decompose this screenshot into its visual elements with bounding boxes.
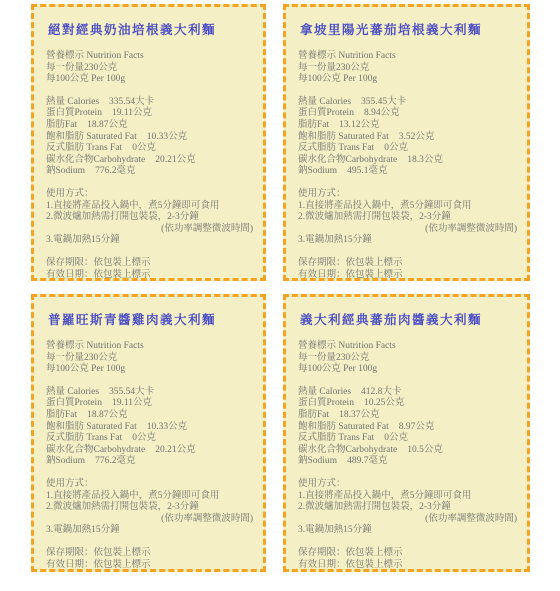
usage-step-3: 3.電鍋加熱15分鐘 — [46, 235, 253, 247]
usage-title: 使用方式： — [298, 189, 517, 201]
product-title: 拿坡里陽光蕃茄培根義大利麵 — [300, 20, 517, 38]
shelf-life: 保存期限：依包裝上標示 — [298, 548, 517, 560]
per-100g: 每100公克 Per 100g — [298, 74, 517, 86]
usage-note: (依功率調整微波時間) — [46, 514, 253, 526]
nutrition-row-saturated-fat: 飽和脂肪 Saturated Fat8.97公克 — [298, 422, 517, 434]
nutrition-table: 熱量 Calories412.8大卡 蛋白質Protein10.25公克 脂肪F… — [298, 387, 517, 468]
shelf-life: 保存期限：依包裝上標示 — [298, 258, 517, 270]
nutrient-value: 19.11公克 — [112, 398, 152, 408]
nutrient-value: 20.21公克 — [155, 155, 195, 165]
nutrient-label: 熱量 Calories — [46, 387, 99, 397]
nutrient-value: 10.33公克 — [147, 132, 187, 142]
usage-note: (依功率調整微波時間) — [46, 224, 253, 236]
product-card-pesto-chicken: 普羅旺斯青醬雞肉義大利麵 營養標示 Nutrition Facts 每一份量23… — [31, 294, 266, 572]
nutrient-value: 412.8大卡 — [361, 387, 401, 397]
nutrient-label: 飽和脂肪 Saturated Fat — [298, 132, 389, 142]
usage-step-2: 2.微波爐加熱需打開包裝袋，2-3分鐘 — [46, 212, 253, 224]
nutrition-row-saturated-fat: 飽和脂肪 Saturated Fat10.33公克 — [46, 422, 253, 434]
nutrient-value: 18.87公克 — [87, 410, 127, 420]
nutrition-table: 熱量 Calories355.45大卡 蛋白質Protein8.94公克 脂肪F… — [298, 97, 517, 178]
per-100g: 每100公克 Per 100g — [46, 74, 253, 86]
usage-title: 使用方式： — [46, 479, 253, 491]
nutrient-value: 0公克 — [384, 143, 408, 153]
serving-size: 每一份量230公克 — [298, 353, 517, 365]
nutrition-table: 熱量 Calories355.54大卡 蛋白質Protein19.11公克 脂肪… — [46, 387, 253, 468]
nutrition-row-sodium: 鈉Sodium776.2毫克 — [46, 456, 253, 468]
nutrient-value: 776.2毫克 — [95, 166, 135, 176]
product-title: 義大利經典蕃茄肉醬義大利麵 — [300, 310, 517, 328]
nutrient-value: 18.37公克 — [339, 410, 379, 420]
nutrient-label: 反式脂肪 Trans Fat — [298, 143, 374, 153]
product-title: 普羅旺斯青醬雞肉義大利麵 — [48, 310, 253, 328]
nutrient-label: 蛋白質Protein — [46, 108, 102, 118]
nutrition-row-trans-fat: 反式脂肪 Trans Fat0公克 — [298, 433, 517, 445]
nutrient-value: 489.7毫克 — [347, 456, 387, 466]
usage-step-1: 1.直接將產品投入鍋中，煮5分鐘即可食用 — [298, 491, 517, 503]
nutrition-row-fat: 脂肪Fat13.12公克 — [298, 120, 517, 132]
usage-note: (依功率調整微波時間) — [298, 514, 517, 526]
storage-section: 保存期限：依包裝上標示 有效日期：依包裝上標示 — [46, 258, 253, 281]
nutrient-value: 19.11公克 — [112, 108, 152, 118]
nutrition-row-trans-fat: 反式脂肪 Trans Fat0公克 — [46, 143, 253, 155]
nutrition-row-fat: 脂肪Fat18.37公克 — [298, 410, 517, 422]
usage-step-1: 1.直接將產品投入鍋中，煮5分鐘即可食用 — [46, 201, 253, 213]
usage-section: 使用方式： 1.直接將產品投入鍋中，煮5分鐘即可食用 2.微波爐加熱需打開包裝袋… — [298, 479, 517, 537]
nutrient-value: 0公克 — [132, 143, 156, 153]
nutrient-label: 脂肪Fat — [46, 410, 77, 420]
nutrient-value: 8.97公克 — [399, 422, 435, 432]
nutrition-row-calories: 熱量 Calories335.54大卡 — [46, 97, 253, 109]
nutrition-row-fat: 脂肪Fat18.87公克 — [46, 410, 253, 422]
nutrient-label: 熱量 Calories — [298, 387, 351, 397]
nutrient-label: 飽和脂肪 Saturated Fat — [46, 132, 137, 142]
serving-size: 每一份量230公克 — [46, 63, 253, 75]
nutrient-value: 10.33公克 — [147, 422, 187, 432]
nutrient-value: 18.87公克 — [87, 120, 127, 130]
nutrient-label: 蛋白質Protein — [298, 108, 354, 118]
product-card-tomato-meat-sauce: 義大利經典蕃茄肉醬義大利麵 營養標示 Nutrition Facts 每一份量2… — [283, 294, 530, 572]
nutrition-row-calories: 熱量 Calories412.8大卡 — [298, 387, 517, 399]
nutrient-label: 反式脂肪 Trans Fat — [46, 433, 122, 443]
nutrient-value: 18.3公克 — [407, 155, 443, 165]
nutrient-label: 脂肪Fat — [298, 120, 329, 130]
nutrient-label: 蛋白質Protein — [46, 398, 102, 408]
usage-title: 使用方式： — [298, 479, 517, 491]
usage-step-3: 3.電鍋加熱15分鐘 — [298, 525, 517, 537]
expiry-date: 有效日期：依包裝上標示 — [298, 270, 517, 282]
serving-size: 每一份量230公克 — [46, 353, 253, 365]
per-100g: 每100公克 Per 100g — [298, 364, 517, 376]
nutrient-value: 10.5公克 — [407, 445, 443, 455]
nutrition-row-protein: 蛋白質Protein10.25公克 — [298, 398, 517, 410]
usage-step-2: 2.微波爐加熱需打開包裝袋，2-3分鐘 — [298, 502, 517, 514]
nutrition-facts-label: 營養標示 Nutrition Facts — [298, 51, 517, 63]
nutrient-label: 碳水化合物Carbohydrate — [298, 155, 397, 165]
usage-step-2: 2.微波爐加熱需打開包裝袋，2-3分鐘 — [298, 212, 517, 224]
storage-section: 保存期限：依包裝上標示 有效日期：依包裝上標示 — [298, 548, 517, 571]
nutrient-label: 鈉Sodium — [46, 166, 85, 176]
nutrient-label: 反式脂肪 Trans Fat — [298, 433, 374, 443]
nutrition-facts-label: 營養標示 Nutrition Facts — [298, 341, 517, 353]
product-title: 絕對經典奶油培根義大利麵 — [48, 20, 253, 38]
nutrition-row-carbohydrate: 碳水化合物Carbohydrate20.21公克 — [46, 155, 253, 167]
usage-step-1: 1.直接將產品投入鍋中，煮5分鐘即可食用 — [46, 491, 253, 503]
nutrition-row-calories: 熱量 Calories355.54大卡 — [46, 387, 253, 399]
usage-step-1: 1.直接將產品投入鍋中，煮5分鐘即可食用 — [298, 201, 517, 213]
usage-note: (依功率調整微波時間) — [298, 224, 517, 236]
nutrition-header: 營養標示 Nutrition Facts 每一份量230公克 每100公克 Pe… — [298, 51, 517, 86]
nutrient-label: 鈉Sodium — [46, 456, 85, 466]
nutrient-label: 碳水化合物Carbohydrate — [298, 445, 397, 455]
nutrient-label: 蛋白質Protein — [298, 398, 354, 408]
nutrient-label: 脂肪Fat — [298, 410, 329, 420]
nutrient-value: 10.25公克 — [364, 398, 404, 408]
nutrition-row-calories: 熱量 Calories355.45大卡 — [298, 97, 517, 109]
nutrition-facts-label: 營養標示 Nutrition Facts — [46, 51, 253, 63]
nutrient-value: 495.1毫克 — [347, 166, 387, 176]
nutrition-header: 營養標示 Nutrition Facts 每一份量230公克 每100公克 Pe… — [46, 341, 253, 376]
nutrient-value: 355.54大卡 — [109, 387, 154, 397]
nutrient-value: 776.2毫克 — [95, 456, 135, 466]
serving-size: 每一份量230公克 — [298, 63, 517, 75]
nutrient-label: 熱量 Calories — [46, 97, 99, 107]
nutrient-value: 20.21公克 — [155, 445, 195, 455]
nutrition-row-trans-fat: 反式脂肪 Trans Fat0公克 — [298, 143, 517, 155]
nutrition-row-fat: 脂肪Fat18.87公克 — [46, 120, 253, 132]
nutrition-row-protein: 蛋白質Protein8.94公克 — [298, 108, 517, 120]
product-card-napoli-tomato-bacon: 拿坡里陽光蕃茄培根義大利麵 營養標示 Nutrition Facts 每一份量2… — [283, 4, 530, 281]
nutrient-value: 0公克 — [132, 433, 156, 443]
nutrient-label: 熱量 Calories — [298, 97, 351, 107]
nutrient-value: 355.45大卡 — [361, 97, 406, 107]
nutrition-row-saturated-fat: 飽和脂肪 Saturated Fat3.52公克 — [298, 132, 517, 144]
nutrient-label: 碳水化合物Carbohydrate — [46, 445, 145, 455]
nutrition-row-protein: 蛋白質Protein19.11公克 — [46, 108, 253, 120]
nutrient-label: 鈉Sodium — [298, 166, 337, 176]
usage-step-3: 3.電鍋加熱15分鐘 — [46, 525, 253, 537]
nutrient-label: 反式脂肪 Trans Fat — [46, 143, 122, 153]
nutrition-row-saturated-fat: 飽和脂肪 Saturated Fat10.33公克 — [46, 132, 253, 144]
expiry-date: 有效日期：依包裝上標示 — [46, 270, 253, 282]
nutrient-value: 0公克 — [384, 433, 408, 443]
expiry-date: 有效日期：依包裝上標示 — [298, 560, 517, 572]
nutrient-value: 3.52公克 — [399, 132, 435, 142]
usage-section: 使用方式： 1.直接將產品投入鍋中，煮5分鐘即可食用 2.微波爐加熱需打開包裝袋… — [298, 189, 517, 247]
nutrition-row-sodium: 鈉Sodium489.7毫克 — [298, 456, 517, 468]
nutrition-row-sodium: 鈉Sodium495.1毫克 — [298, 166, 517, 178]
usage-section: 使用方式： 1.直接將產品投入鍋中，煮5分鐘即可食用 2.微波爐加熱需打開包裝袋… — [46, 479, 253, 537]
nutrition-row-protein: 蛋白質Protein19.11公克 — [46, 398, 253, 410]
usage-section: 使用方式： 1.直接將產品投入鍋中，煮5分鐘即可食用 2.微波爐加熱需打開包裝袋… — [46, 189, 253, 247]
nutrient-label: 飽和脂肪 Saturated Fat — [298, 422, 389, 432]
nutrition-facts-label: 營養標示 Nutrition Facts — [46, 341, 253, 353]
nutrient-value: 8.94公克 — [364, 108, 400, 118]
shelf-life: 保存期限：依包裝上標示 — [46, 258, 253, 270]
usage-title: 使用方式： — [46, 189, 253, 201]
usage-step-2: 2.微波爐加熱需打開包裝袋，2-3分鐘 — [46, 502, 253, 514]
nutrient-label: 脂肪Fat — [46, 120, 77, 130]
nutrition-row-carbohydrate: 碳水化合物Carbohydrate10.5公克 — [298, 445, 517, 457]
nutrition-row-trans-fat: 反式脂肪 Trans Fat0公克 — [46, 433, 253, 445]
nutrition-header: 營養標示 Nutrition Facts 每一份量230公克 每100公克 Pe… — [46, 51, 253, 86]
nutrient-label: 碳水化合物Carbohydrate — [46, 155, 145, 165]
per-100g: 每100公克 Per 100g — [46, 364, 253, 376]
nutrition-header: 營養標示 Nutrition Facts 每一份量230公克 每100公克 Pe… — [298, 341, 517, 376]
nutrient-label: 鈉Sodium — [298, 456, 337, 466]
nutrition-row-sodium: 鈉Sodium776.2毫克 — [46, 166, 253, 178]
nutrition-table: 熱量 Calories335.54大卡 蛋白質Protein19.11公克 脂肪… — [46, 97, 253, 178]
nutrition-row-carbohydrate: 碳水化合物Carbohydrate20.21公克 — [46, 445, 253, 457]
shelf-life: 保存期限：依包裝上標示 — [46, 548, 253, 560]
product-card-cream-bacon: 絕對經典奶油培根義大利麵 營養標示 Nutrition Facts 每一份量23… — [31, 4, 266, 281]
nutrient-label: 飽和脂肪 Saturated Fat — [46, 422, 137, 432]
expiry-date: 有效日期：依包裝上標示 — [46, 560, 253, 572]
nutrition-row-carbohydrate: 碳水化合物Carbohydrate18.3公克 — [298, 155, 517, 167]
storage-section: 保存期限：依包裝上標示 有效日期：依包裝上標示 — [298, 258, 517, 281]
usage-step-3: 3.電鍋加熱15分鐘 — [298, 235, 517, 247]
nutrient-value: 335.54大卡 — [109, 97, 154, 107]
nutrient-value: 13.12公克 — [339, 120, 379, 130]
storage-section: 保存期限：依包裝上標示 有效日期：依包裝上標示 — [46, 548, 253, 571]
